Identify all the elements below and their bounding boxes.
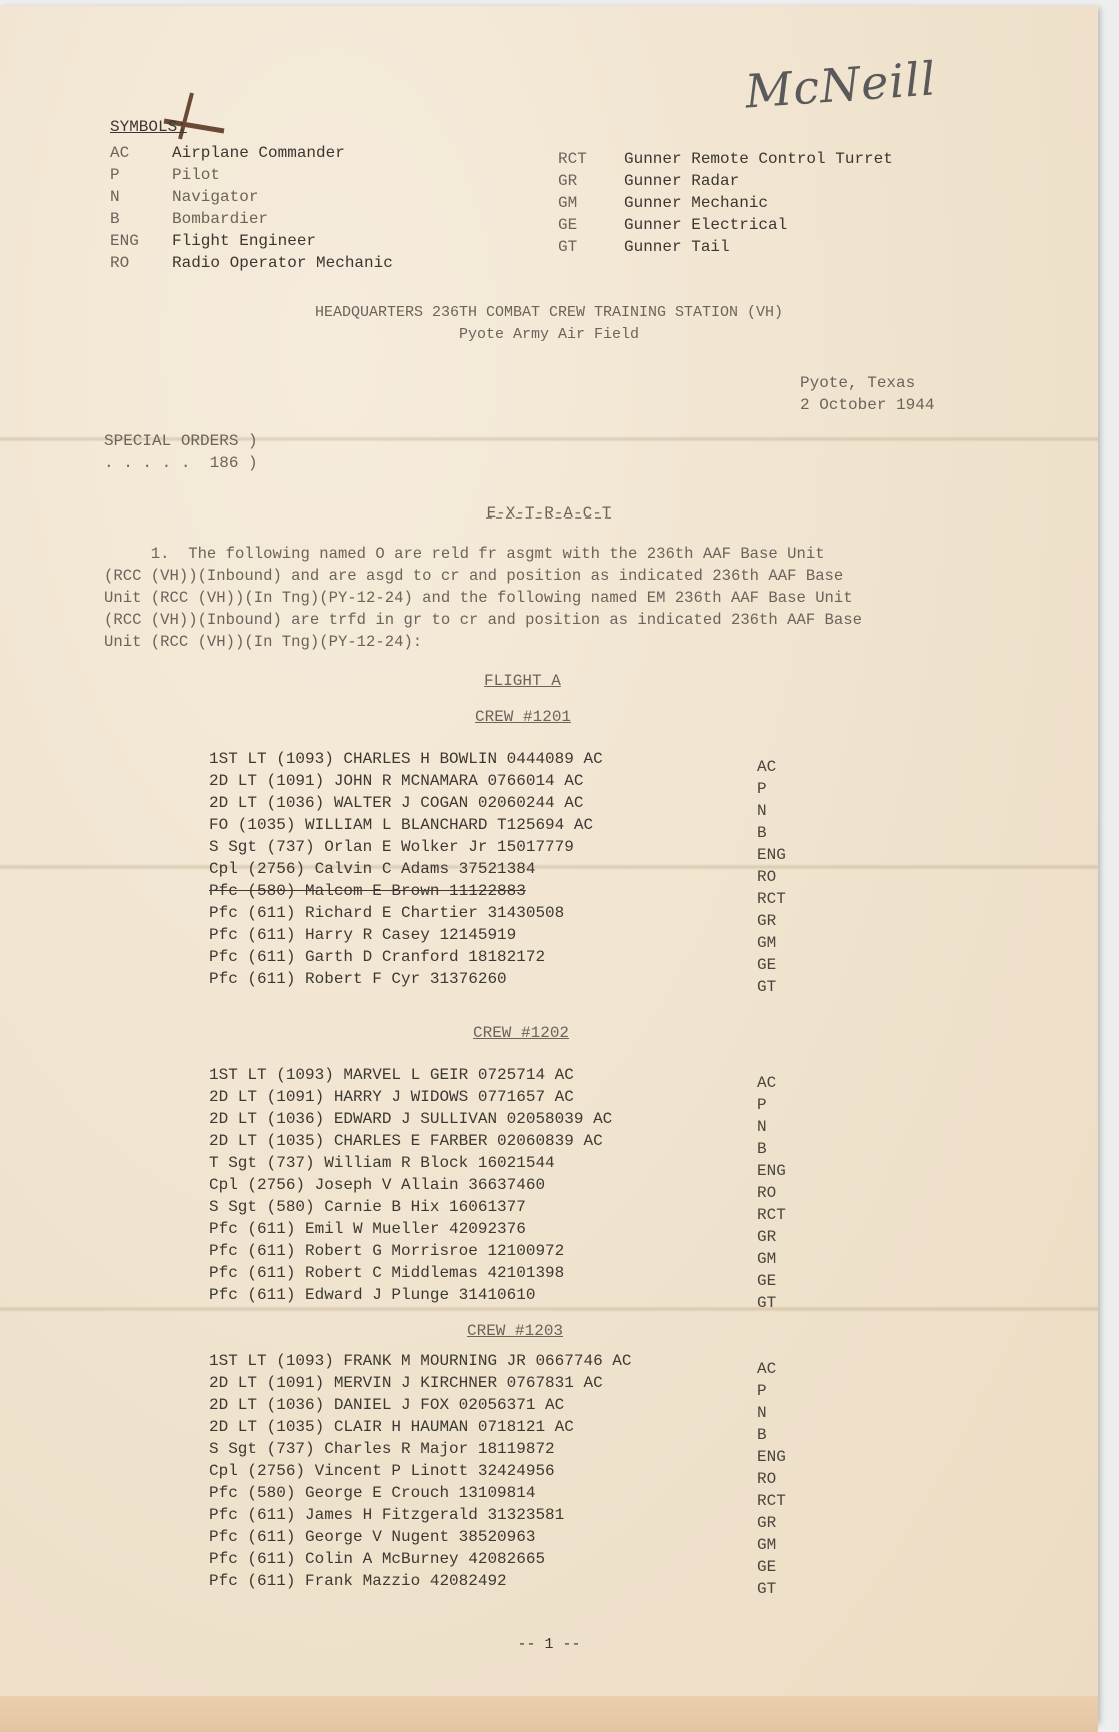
symbol-meaning: Bombardier (172, 208, 268, 230)
crew-position: GT (757, 978, 776, 996)
crew-position: GE (757, 1272, 776, 1290)
symbol-meaning: Pilot (172, 164, 220, 186)
crew-position: B (757, 824, 767, 842)
document-page: McNeill SYMBOLS: AC Airplane Commander P… (0, 6, 1098, 1722)
crew-member-row: Cpl (2756) Joseph V Allain 36637460 (209, 1176, 545, 1194)
symbol-meaning: Navigator (172, 186, 258, 208)
crew-member-row: S Sgt (737) Charles R Major 18119872 (209, 1440, 555, 1458)
symbol-code: AC (110, 142, 129, 164)
handwritten-name: McNeill (743, 51, 938, 118)
crew-position: GR (757, 1228, 776, 1246)
crew-member-row: 2D LT (1035) CHARLES E FARBER 02060839 A… (209, 1132, 603, 1150)
crew-position: GR (757, 912, 776, 930)
crew-member-row: Pfc (611) Harry R Casey 12145919 (209, 926, 516, 944)
crew-member-row: Pfc (611) Robert G Morrisroe 12100972 (209, 1242, 564, 1260)
symbol-meaning: Gunner Tail (624, 236, 730, 258)
symbol-meaning: Gunner Mechanic (624, 192, 768, 214)
paragraph-line: (RCC (VH))(Inbound) and are asgd to cr a… (104, 565, 843, 587)
paragraph-line: Unit (RCC (VH))(In Tng)(PY-12-24) and th… (104, 587, 853, 609)
special-orders-number: . . . . . 186 ) (104, 452, 258, 474)
extract-title: E-X-T-R-A-C-T (0, 502, 1098, 524)
symbols-heading: SYMBOLS: (110, 116, 187, 138)
symbol-meaning: Gunner Electrical (624, 214, 787, 236)
crew-title: CREW #1203 (467, 1320, 563, 1342)
symbol-code: RCT (558, 148, 587, 170)
crew-member-row: Pfc (611) Edward J Plunge 31410610 (209, 1286, 535, 1304)
crew-position: B (757, 1426, 767, 1444)
crew-title: CREW #1201 (475, 706, 571, 728)
crew-member-row: Pfc (611) Colin A McBurney 42082665 (209, 1550, 545, 1568)
crew-member-row: Pfc (611) Richard E Chartier 31430508 (209, 904, 564, 922)
symbol-meaning: Gunner Remote Control Turret (624, 148, 893, 170)
fold-line (0, 864, 1098, 870)
crew-position: P (757, 1382, 767, 1400)
crew-position: P (757, 1096, 767, 1114)
crew-position: RCT (757, 1206, 786, 1224)
crew-position: RO (757, 1470, 776, 1488)
crew-position: RCT (757, 1492, 786, 1510)
crew-member-row: 1ST LT (1093) MARVEL L GEIR 0725714 AC (209, 1066, 574, 1084)
crew-member-row: Cpl (2756) Calvin C Adams 37521384 (209, 860, 535, 878)
symbol-meaning: Gunner Radar (624, 170, 739, 192)
crew-position: GT (757, 1294, 776, 1312)
place: Pyote, Texas (800, 372, 915, 394)
crew-position: AC (757, 1074, 776, 1092)
fold-line (0, 1306, 1098, 1312)
symbol-code: P (110, 164, 120, 186)
crew-position: AC (757, 758, 776, 776)
crew-position: ENG (757, 846, 786, 864)
crew-member-row: Pfc (611) George V Nugent 38520963 (209, 1528, 535, 1546)
symbol-meaning: Flight Engineer (172, 230, 316, 252)
symbol-meaning: Airplane Commander (172, 142, 345, 164)
crew-title: CREW #1202 (473, 1022, 569, 1044)
crew-member-row: 2D LT (1091) MERVIN J KIRCHNER 0767831 A… (209, 1374, 603, 1392)
crew-member-row: Pfc (611) Emil W Mueller 42092376 (209, 1220, 526, 1238)
crew-member-row: 2D LT (1036) DANIEL J FOX 02056371 AC (209, 1396, 564, 1414)
paragraph-line: 1. The following named O are reld fr asg… (104, 543, 825, 565)
crew-member-row: Pfc (611) James H Fitzgerald 31323581 (209, 1506, 564, 1524)
symbol-code: GM (558, 192, 577, 214)
special-orders-label: SPECIAL ORDERS ) (104, 430, 258, 452)
crew-member-row: 2D LT (1091) JOHN R MCNAMARA 0766014 AC (209, 772, 583, 790)
crew-position: GE (757, 1558, 776, 1576)
paragraph-line: Unit (RCC (VH))(In Tng)(PY-12-24): (104, 631, 422, 653)
crew-member-row: T Sgt (737) William R Block 16021544 (209, 1154, 555, 1172)
crew-member-row: Pfc (580) George E Crouch 13109814 (209, 1484, 535, 1502)
crew-position: GM (757, 1250, 776, 1268)
crew-member-row: Cpl (2756) Vincent P Linott 32424956 (209, 1462, 555, 1480)
crew-position: N (757, 1404, 767, 1422)
crew-member-row: 2D LT (1035) CLAIR H HAUMAN 0718121 AC (209, 1418, 574, 1436)
crew-position: P (757, 780, 767, 798)
crew-position: GE (757, 956, 776, 974)
crew-member-row: Pfc (611) Frank Mazzio 42082492 (209, 1572, 507, 1590)
crew-member-row: 1ST LT (1093) CHARLES H BOWLIN 0444089 A… (209, 750, 603, 768)
crew-position: GR (757, 1514, 776, 1532)
crew-position: RO (757, 868, 776, 886)
crew-position: AC (757, 1360, 776, 1378)
air-field-name: Pyote Army Air Field (0, 324, 1098, 346)
crew-member-row: FO (1035) WILLIAM L BLANCHARD T125694 AC (209, 816, 593, 834)
symbol-code: ENG (110, 230, 139, 252)
crew-position: RCT (757, 890, 786, 908)
symbol-code: GR (558, 170, 577, 192)
paragraph-line: (RCC (VH))(Inbound) are trfd in gr to cr… (104, 609, 862, 631)
crew-position: GM (757, 1536, 776, 1554)
crew-member-row: Pfc (611) Robert F Cyr 31376260 (209, 970, 507, 988)
crew-position: ENG (757, 1448, 786, 1466)
flight-title: FLIGHT A (484, 670, 561, 692)
crew-member-row: S Sgt (737) Orlan E Wolker Jr 15017779 (209, 838, 574, 856)
crew-position: ENG (757, 1162, 786, 1180)
page-number: -- 1 -- (0, 1634, 1098, 1656)
symbol-code: GE (558, 214, 577, 236)
crew-member-row: 2D LT (1036) EDWARD J SULLIVAN 02058039 … (209, 1110, 612, 1128)
page-bottom-edge (0, 1696, 1098, 1732)
crew-position: GM (757, 934, 776, 952)
crew-position: RO (757, 1184, 776, 1202)
crew-position: B (757, 1140, 767, 1158)
symbol-meaning: Radio Operator Mechanic (172, 252, 393, 274)
symbol-code: GT (558, 236, 577, 258)
crew-member-row: Pfc (611) Garth D Cranford 18182172 (209, 948, 545, 966)
crew-member-row: S Sgt (580) Carnie B Hix 16061377 (209, 1198, 526, 1216)
symbol-code: N (110, 186, 120, 208)
crew-position: N (757, 1118, 767, 1136)
symbol-code: RO (110, 252, 129, 274)
crew-member-row: Pfc (580) Malcom E Brown 11122883 (209, 882, 526, 900)
date: 2 October 1944 (800, 394, 934, 416)
symbol-code: B (110, 208, 120, 230)
crew-position: N (757, 802, 767, 820)
crew-member-row: 2D LT (1091) HARRY J WIDOWS 0771657 AC (209, 1088, 574, 1106)
crew-member-row: Pfc (611) Robert C Middlemas 42101398 (209, 1264, 564, 1282)
crew-position: GT (757, 1580, 776, 1598)
crew-member-row: 2D LT (1036) WALTER J COGAN 02060244 AC (209, 794, 583, 812)
crew-member-row: 1ST LT (1093) FRANK M MOURNING JR 066774… (209, 1352, 631, 1370)
headquarters-title: HEADQUARTERS 236TH COMBAT CREW TRAINING … (0, 302, 1098, 324)
